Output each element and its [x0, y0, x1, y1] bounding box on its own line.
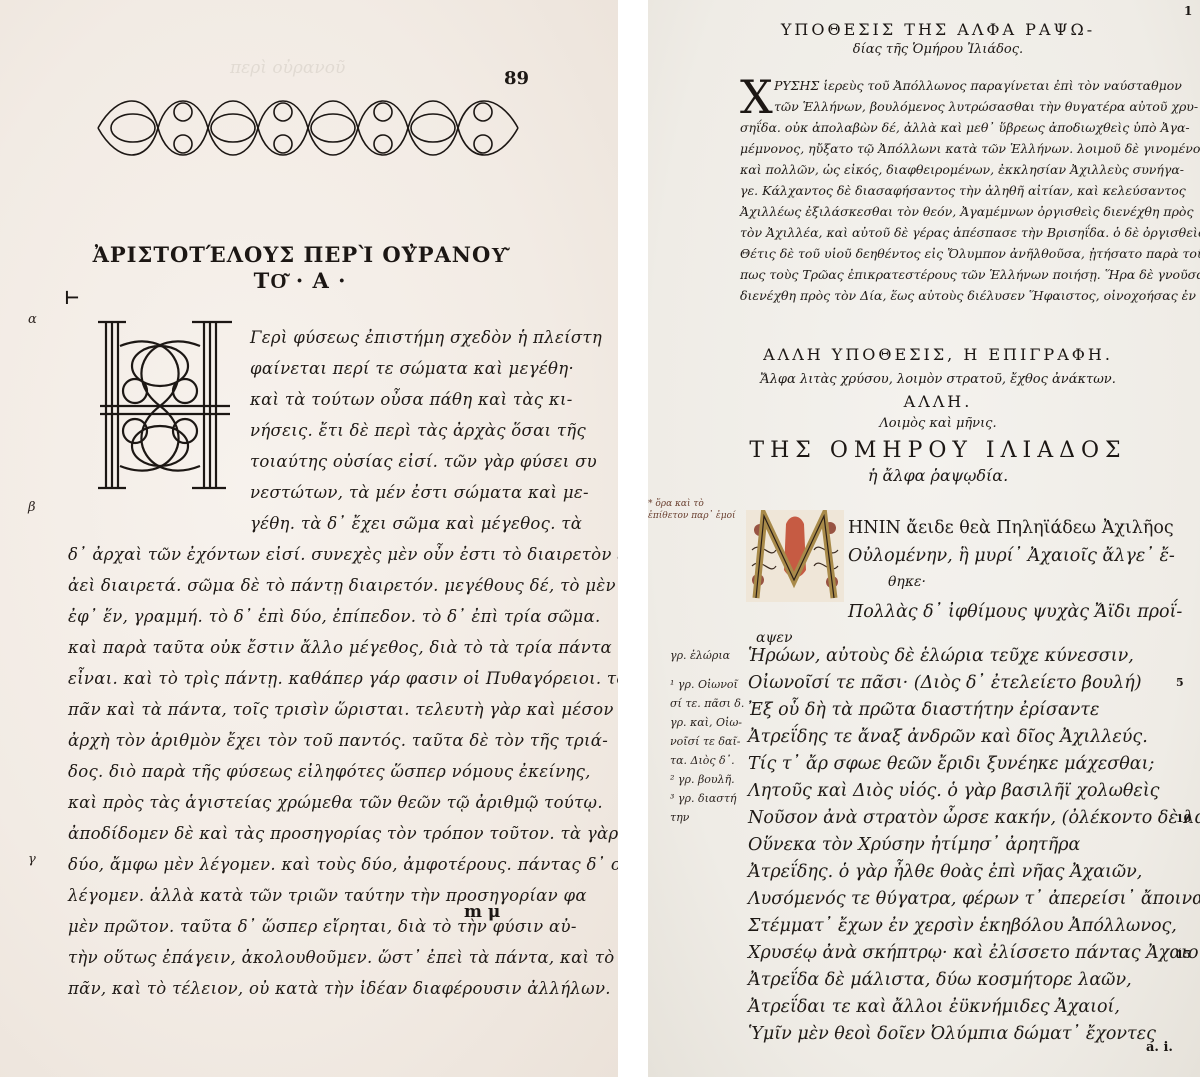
- decorated-initial-eta: [80, 316, 240, 494]
- text-line: λέγομεν. ἀλλὰ κατὰ τῶν τριῶν ταύτην τὴν …: [68, 886, 587, 905]
- margin-note-line: νοῖσί τε δαῖ-: [670, 732, 744, 751]
- margin-mark-alpha: α: [28, 312, 37, 327]
- verse-line: Πολλὰς δ᾿ ἰφθίμους ψυχὰς Ἄϊδι προΐ-: [848, 602, 1182, 622]
- argument-line: Ἀχιλλέως ἐξιλάσκεσθαι τὸν θεόν, Ἀγαμέμνω…: [740, 204, 1160, 219]
- folio-number: 1: [1184, 4, 1192, 18]
- margin-note-line: γρ. ἑλώρια: [670, 646, 744, 665]
- margin-note-line: * ὅρα καὶ τὸ: [648, 498, 736, 510]
- argument-line: τῶν Ἑλλήνων, βουλόμενος λυτρώσασθαι τὴν …: [774, 99, 1194, 114]
- text-line: νεστώτων, τὰ μέν ἐστι σώματα καὶ με-: [250, 483, 589, 502]
- text-line: δύο, ἄμφω μὲν λέγομεν. καὶ τοὺς δύο, ἀμφ…: [68, 855, 618, 874]
- interlace-headpiece-ornament: [88, 92, 528, 164]
- line-number: 5: [1176, 676, 1184, 689]
- argument-initial-chi: Χ: [740, 74, 773, 120]
- left-page-aristotle-de-caelo: περὶ οὐρανοῦ 89 ἈΡΙΣΤΟΤΈΛΟΥΣ ΠΕΡῚ ΟΥ̓ΡΑΝ…: [0, 0, 618, 1077]
- text-line: εἶναι. καὶ τὸ τρὶς πάντῃ. καθάπερ γάρ φα…: [68, 669, 618, 688]
- verse-line: Λυσόμενός τε θύγατρα, φέρων τ᾿ ἀπερείσι᾿…: [748, 889, 1200, 909]
- argument-line: ΡΥΣΗΣ ἱερεὺς τοῦ Ἀπόλλωνος παραγίνεται ἐ…: [774, 78, 1194, 93]
- folio-number: 89: [504, 68, 529, 89]
- verse-line: Ἀτρεΐδαι τε καὶ ἄλλοι ἐϋκνήμιδες Ἀχαιοί,: [748, 997, 1120, 1017]
- text-line: ἀρχὴ τὸν ἀριθμὸν ἔχει τὸν τοῦ παντός. τα…: [68, 731, 608, 750]
- argument-heading: ΥΠΟΘΕΣΙΣ ΤΗΣ ΑΛΦΑ ΡΑΨΩ-: [728, 20, 1148, 39]
- verse-line: Λητοῦς καὶ Διὸς υἱός. ὁ γὰρ βασιλῆϊ χολω…: [748, 781, 1159, 801]
- text-line: ἀεὶ διαιρετά. σῶμα δὲ τὸ πάντῃ διαιρετόν…: [68, 576, 616, 595]
- another-heading: ΑΛΛΗ.: [728, 392, 1148, 411]
- page-gutter: [618, 0, 648, 1077]
- margin-note-line: τα. Διὸς δ᾿.: [670, 751, 744, 770]
- text-line: ἀποδίδομεν δὲ καὶ τὰς προσηγορίας τὸν τρ…: [68, 824, 618, 843]
- printer-signature: a. i.: [1146, 1040, 1173, 1055]
- iliad-title: ΤΗΣ ΟΜΗΡΟΥ ΙΛΙΑΔΟΣ: [728, 438, 1148, 463]
- line-number: 15: [1176, 948, 1191, 961]
- text-line: ἐφ᾿ ἕν, γραμμή. τὸ δ᾿ ἐπὶ δύο, ἐπίπεδον.…: [68, 607, 601, 626]
- verse-line: Ἀτρεΐδης. ὁ γὰρ ἦλθε θοὰς ἐπὶ νῆας Ἀχαιῶ…: [748, 862, 1142, 882]
- text-line: πᾶν, καὶ τὸ τέλειον, οὐ κατὰ τὴν ἰδέαν δ…: [68, 979, 611, 998]
- show-through-header: περὶ οὐρανοῦ: [230, 58, 345, 78]
- line-number: 10: [1176, 812, 1191, 825]
- verse-line: Ἡρώων, αὐτοὺς δὲ ἑλώρια τεῦχε κύνεσσιν,: [748, 646, 1134, 666]
- verse-line: Οὐλομένην, ἣ μυρί᾿ Ἀχαιοῖς ἄλγε᾿ ἔ-: [848, 546, 1175, 566]
- margin-variant-readings: γρ. ἑλώρια ¹ γρ. Οἰωνοῖ σί τε. πᾶσι δ. γ…: [670, 646, 744, 827]
- verse-line: θηκε·: [888, 574, 926, 590]
- verse-line: Οἰωνοῖσί τε πᾶσι· (Διὸς δ᾿ ἐτελείετο βου…: [748, 673, 1142, 693]
- margin-note-line: ³ γρ. διαστή: [670, 789, 744, 808]
- verse-line: Ὑμῖν μὲν θεοὶ δοῖεν Ὀλύμπια δώματ᾿ ἔχοντ…: [748, 1024, 1156, 1044]
- text-line: τοιαύτης οὐσίας εἰσί. τῶν γὰρ φύσει συ: [250, 452, 597, 471]
- work-title: ἈΡΙΣΤΟΤΈΛΟΥΣ ΠΕΡῚ ΟΥ̓ΡΑΝΟΥ͂ ΤΟ͂ · Α ·: [80, 242, 520, 294]
- text-line: φαίνεται περί τε σώματα καὶ μεγέθη·: [250, 359, 574, 378]
- verse-line: Ἀτρεΐδα δὲ μάλιστα, δύω κοσμήτορε λαῶν,: [748, 970, 1132, 990]
- text-line: νήσεις. ἔτι δὲ περὶ τὰς ἀρχὰς ὅσαι τῆς: [250, 421, 586, 440]
- argument-line: σηΐδα. οὐκ ἀπολαβὼν δέ, ἀλλὰ καὶ μεθ᾿ ὕβ…: [740, 120, 1160, 135]
- text-line: καὶ παρὰ ταῦτα οὐκ ἔστιν ἄλλο μέγεθος, δ…: [68, 638, 612, 657]
- verse-line: αψεν: [756, 630, 792, 646]
- margin-note-line: ² γρ. βουλῆ.: [670, 770, 744, 789]
- verse-line: Οὕνεκα τὸν Χρύσην ἠτίμησ᾿ ἀρητῆρα: [748, 835, 1080, 855]
- margin-note-line: γρ. καὶ, Οἰω-: [670, 713, 744, 732]
- margin-mark-gamma: γ: [28, 852, 36, 867]
- argument-line: γε. Κάλχαντος δὲ διασαφήσαντος τὴν ἀληθῆ…: [740, 183, 1160, 198]
- text-line: δ᾿ ἀρχαὶ τῶν ἐχόντων εἰσί. συνεχὲς μὲν ο…: [68, 545, 618, 564]
- verse-line: Ἐξ οὗ δὴ τὰ πρῶτα διαστήτην ἐρίσαντε: [748, 700, 1099, 720]
- margin-note-top: * ὅρα καὶ τὸ ἐπίθετον παρ᾿ ἐμοί: [648, 498, 736, 522]
- margin-note-line: σί τε. πᾶσι δ.: [670, 694, 744, 713]
- verse-line: Ἀτρεΐδης τε ἄναξ ἀνδρῶν καὶ δῖος Ἀχιλλεύ…: [748, 727, 1148, 747]
- right-page-homer-iliad: 1 ΥΠΟΘΕΣΙΣ ΤΗΣ ΑΛΦΑ ΡΑΨΩ- δίας τῆς Ὁμήρο…: [648, 0, 1200, 1077]
- text-line: γέθη. τὰ δ᾿ ἔχει σῶμα καὶ μέγεθος. τὰ: [250, 514, 582, 533]
- verse-line: Στέμματ᾿ ἔχων ἐν χερσὶν ἑκηβόλου Ἀπόλλων…: [748, 916, 1177, 936]
- argument-line: μέμνονος, ηὔξατο τῷ Ἀπόλλωνι κατὰ τῶν Ἑλ…: [740, 141, 1160, 156]
- section-mark: ⊢: [64, 288, 80, 309]
- argument-line: Θέτις δὲ τοῦ υἱοῦ δεηθέντος εἰς Ὄλυμπον …: [740, 246, 1160, 261]
- illuminated-initial-mu: [746, 510, 844, 602]
- verse-line: Χρυσέῳ ἀνὰ σκήπτρῳ· καὶ ἐλίσσετο πάντας …: [748, 943, 1200, 963]
- text-line: καὶ πρὸς τὰς ἁγιστείας χρώμεθα τῶν θεῶν …: [68, 793, 603, 812]
- text-line: πᾶν καὶ τὰ πάντα, τοῖς τρισὶν ὥρισται. τ…: [68, 700, 618, 719]
- other-argument-verse: Ἄλφα λιτὰς χρύσου, λοιμὸν στρατοῦ, ἔχθος…: [728, 372, 1148, 387]
- margin-mark-beta: β: [28, 500, 36, 515]
- iliad-book-subtitle: ἡ ἄλφα ῥαψῳδία.: [728, 466, 1148, 485]
- text-line: Γερὶ φύσεως ἐπιστήμη σχεδὸν ἡ πλείστη: [250, 328, 602, 347]
- margin-note-line: ¹ γρ. Οἰωνοῖ: [670, 675, 744, 694]
- argument-heading-continued: δίας τῆς Ὁμήρου Ἰλιάδος.: [728, 42, 1148, 57]
- margin-note-line: την: [670, 808, 744, 827]
- margin-note-line: ἐπίθετον παρ᾿ ἐμοί: [648, 510, 736, 522]
- text-line: καὶ τὰ τούτων οὖσα πάθη καὶ τὰς κι-: [250, 390, 573, 409]
- argument-line: πως τοὺς Τρῶας ἐπικρατεστέρους τῶν Ἑλλήν…: [740, 267, 1160, 282]
- verse-line: Τίς τ᾿ ἄρ σφωε θεῶν ἔριδι ξυνέηκε μάχεσθ…: [748, 754, 1154, 774]
- text-line: μὲν πρῶτον. ταῦτα δ᾿ ὥσπερ εἴρηται, διὰ …: [68, 917, 577, 936]
- argument-line: καὶ πολλῶν, ὡς εἰκός, διαφθειρομένων, ἐκ…: [740, 162, 1160, 177]
- printer-signature: m μ: [464, 902, 500, 922]
- verse-line: Νοῦσον ἀνὰ στρατὸν ὦρσε κακήν, (ὀλέκοντο…: [748, 808, 1200, 828]
- other-argument-heading: ΑΛΛΗ ΥΠΟΘΕΣΙΣ, Η ΕΠΙΓΡΑΦΗ.: [728, 345, 1148, 364]
- text-line: τὴν οὕτως ἐπάγειν, ἀκολουθοῦμεν. ὥστ᾿ ἐπ…: [68, 948, 615, 967]
- text-line: δος. διὸ παρὰ τῆς φύσεως εἰληφότες ὥσπερ…: [68, 762, 591, 781]
- verse-line-1: ΗΝΙΝ ἄειδε θεὰ Πηληϊάδεω Ἀχιλῆος: [848, 518, 1174, 538]
- argument-line: διενέχθη πρὸς τὸν Δία, ἕως αὐτοὺς διέλυσ…: [740, 288, 1160, 303]
- argument-line: τὸν Ἀχιλλέα, καὶ αὐτοῦ δὲ γέρας ἀπέσπασε…: [740, 225, 1160, 240]
- another-summary: Λοιμὸς καὶ μῆνις.: [728, 416, 1148, 431]
